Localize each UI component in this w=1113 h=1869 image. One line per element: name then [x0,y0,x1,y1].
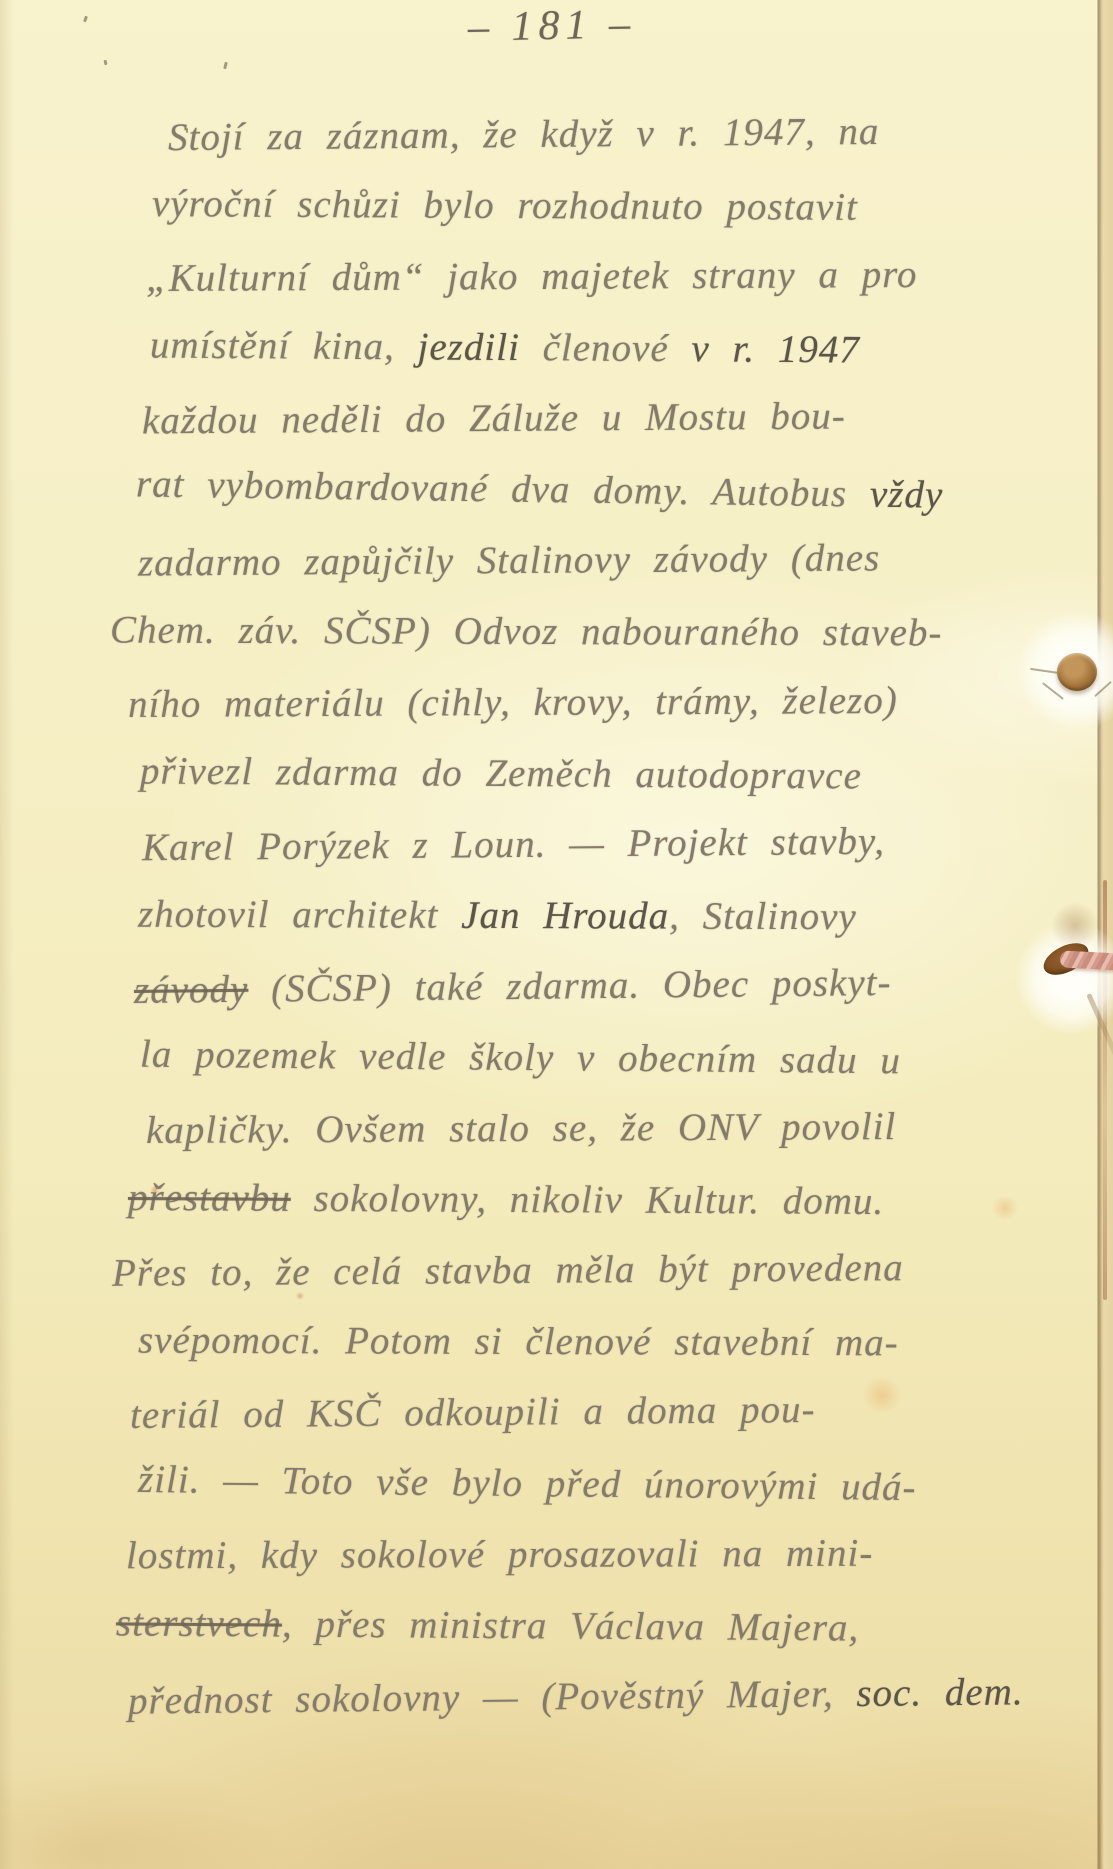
handwritten-line: rat vybombardované dva domy. Autobus vžd… [136,461,944,517]
handwritten-line: kapličky. Ovšem stalo se, že ONV povolil [146,1104,897,1153]
handwritten-line: výroční schůzi bylo rozhodnuto postavit [152,181,858,230]
paper-stain [296,1292,304,1300]
handwritten-line: Přes to, že celá stavba měla být provede… [112,1245,904,1296]
binding-hole-top [1057,653,1097,691]
handwritten-line: sterstvech, přes ministra Václava Majera… [116,1600,860,1650]
handwritten-line: Stojí za záznam, že když v r. 1947, na [168,109,880,160]
handwritten-line: teriál od KSČ odkoupili a doma pou- [130,1387,816,1438]
dark-word: soc. dem. [856,1670,1024,1715]
struck-word: sterstvech [116,1601,282,1645]
handwritten-line: žili. — Toto vše bylo před únorovými udá… [138,1457,917,1510]
handwritten-line: Karel Porýzek z Loun. — Projekt stavby, [142,819,885,870]
paper-speck [104,60,108,66]
handwritten-line: umístění kina, jezdili členové v r. 1947 [150,323,860,373]
paper-stain [150,1186,160,1194]
handwritten-line: ního materiálu (cihly, krovy, trámy, žel… [128,678,898,727]
handwritten-line: přestavbu sokolovny, nikoliv Kultur. dom… [128,1175,884,1224]
dark-word: Jan Hrouda [461,894,669,938]
manuscript-page: – 181 – Stojí za záznam, že když v r. 19… [0,0,1113,1869]
dark-word: jezdili [417,325,520,369]
page-number: – 181 – [468,0,637,52]
dark-word: v r. 1947 [691,327,860,371]
paper-speck [186,128,188,133]
handwritten-line: Chem. záv. SČSP) Odvoz nabouraného stave… [110,608,943,656]
paper-stain [860,1378,904,1412]
struck-word: závody [134,968,249,1012]
handwritten-line: závody (SČSP) také zdarma. Obec poskyt- [134,960,892,1013]
dark-word: vždy [870,473,944,517]
binding-string [1060,950,1113,970]
handwritten-line: lostmi, kdy sokolové prosazovali na mini… [126,1531,873,1579]
paper-stain [990,1196,1020,1220]
paper-speck [83,16,88,23]
handwritten-line: la pozemek vedle školy v obecním sadu u [140,1032,901,1084]
handwritten-line: každou neděli do Záluže u Mostu bou- [142,394,846,444]
handwritten-line: zhotovil architekt Jan Hrouda, Stalinovy [138,892,857,940]
handwritten-line: přivezl zdarma do Zeměch autodopravce [140,748,862,798]
handwritten-line: zadarmo zapůjčily Stalinovy závody (dnes [138,535,881,585]
struck-word: přestavbu [128,1176,291,1220]
handwritten-line: „Kulturní dům“ jako majetek strany a pro [146,252,918,301]
handwritten-line: přednost sokolovny — (Pověstný Majer, so… [128,1669,1024,1723]
paper-speck [223,62,228,70]
handwritten-line: svépomocí. Potom si členové stavební ma- [138,1318,899,1366]
